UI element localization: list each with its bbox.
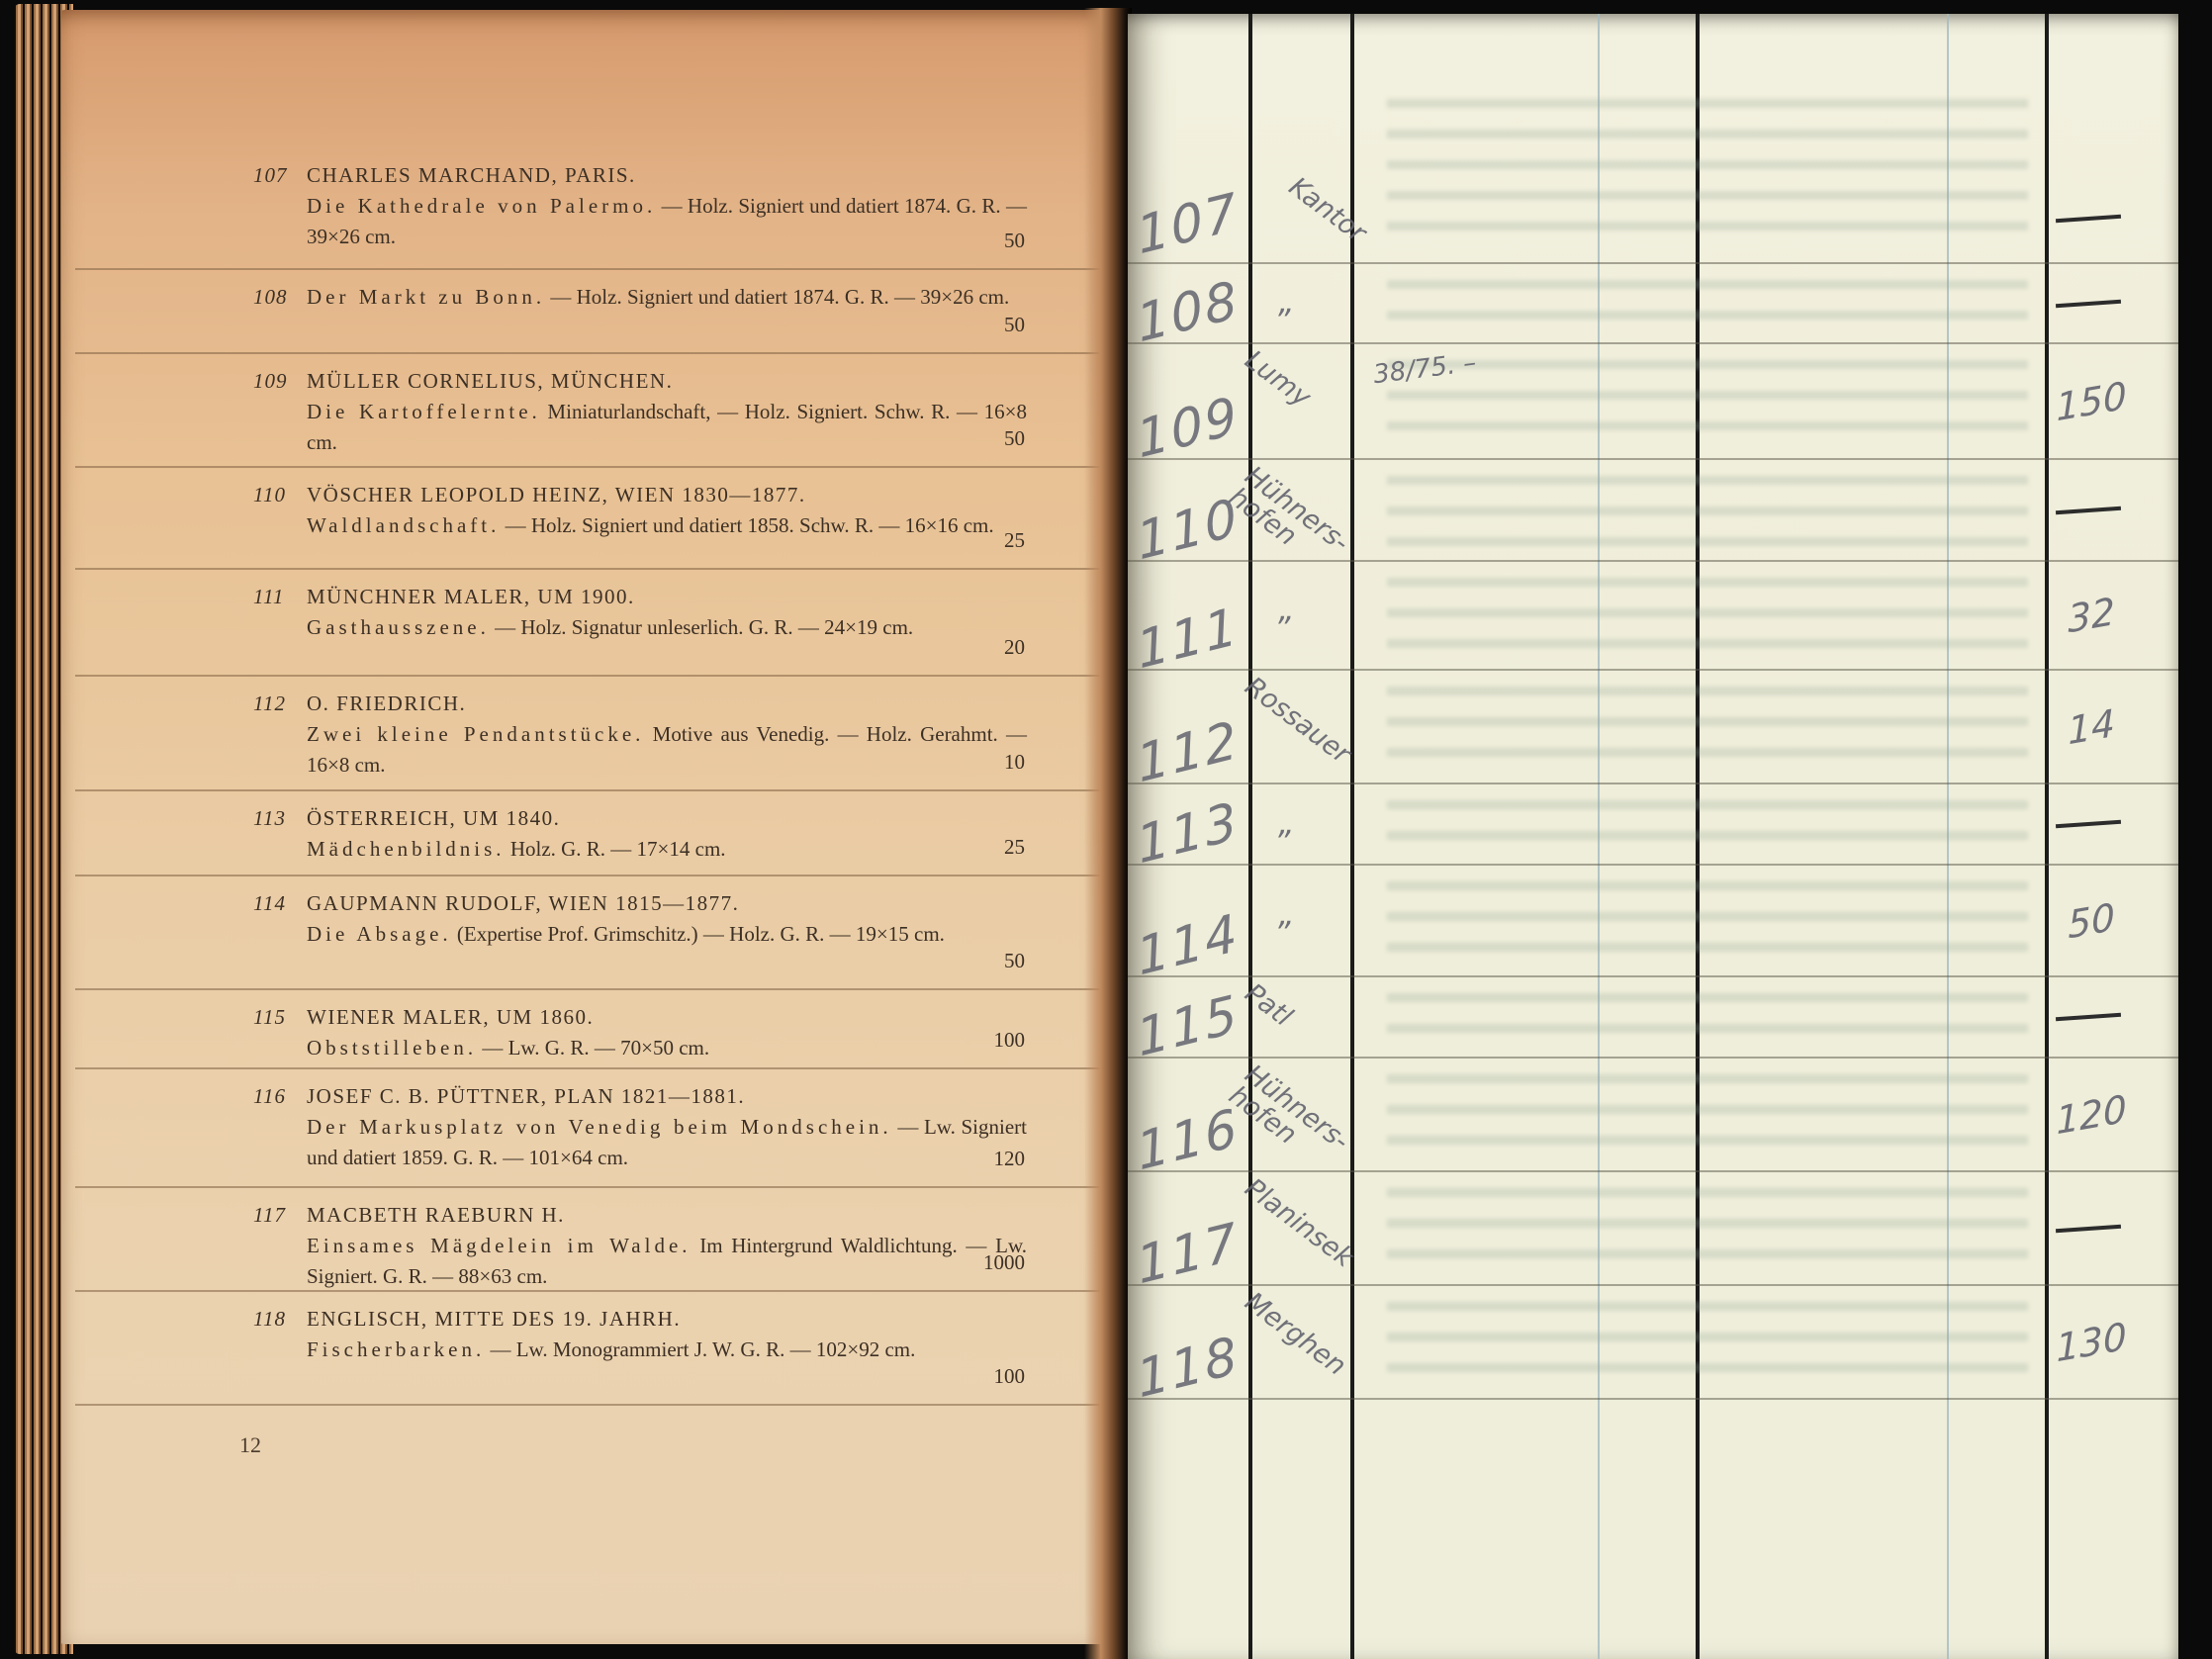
entry-body: Die Absage. (Expertise Prof. Grimschitz.…: [307, 919, 1027, 950]
entry-number: 109: [253, 366, 288, 397]
ledger-amount-dash: [2056, 1013, 2121, 1022]
catalog-entry: 116 JOSEF C. B. PÜTTNER, PLAN 1821—1881.…: [75, 1069, 1100, 1188]
entry-title: Der Markusplatz von Venedig beim Mondsch…: [307, 1115, 892, 1139]
page-number: 12: [239, 1432, 261, 1458]
entry-body: Der Markt zu Bonn. — Holz. Signiert und …: [307, 282, 1027, 313]
ledger-amount-dash: [2056, 299, 2121, 308]
bleedthrough-text: [1387, 1302, 2028, 1384]
bleedthrough-text: [1387, 578, 2028, 655]
ledger-row: 110 Hühners- hofen: [1128, 460, 2178, 562]
ledger-lot-number: 111: [1134, 594, 1257, 682]
ledger-lot-number: 118: [1134, 1323, 1257, 1411]
ledger-lot-number: 112: [1134, 707, 1257, 795]
entry-header: VÖSCHER LEOPOLD HEINZ, WIEN 1830—1877.: [307, 480, 1027, 510]
bleedthrough-text: [1387, 1074, 2028, 1156]
ledger-row: 117 Planinsek: [1128, 1172, 2178, 1286]
ledger-amount-dash: [2056, 506, 2121, 514]
entry-number: 115: [253, 1002, 286, 1033]
ledger-amount: 130: [2034, 1310, 2149, 1374]
ledger-ditto-mark: „: [1278, 597, 1295, 623]
ledger-row: 114 „ 50: [1128, 866, 2178, 977]
ledger-row: 112 Rossauer 14: [1128, 671, 2178, 784]
entry-description: — Lw. G. R. — 70×50 cm.: [477, 1036, 709, 1060]
entry-number: 116: [253, 1081, 286, 1112]
entry-header: ENGLISCH, MITTE DES 19. JAHRH.: [307, 1304, 1027, 1335]
ledger-row: 115 Patl: [1128, 977, 2178, 1059]
ledger-amount-dash: [2056, 215, 2121, 224]
entry-number: 107: [253, 160, 288, 191]
entry-header: MÜLLER CORNELIUS, MÜNCHEN.: [307, 366, 1027, 397]
entry-body: Fischerbarken. — Lw. Monogrammiert J. W.…: [307, 1335, 1027, 1365]
entry-header: WIENER MALER, UM 1860.: [307, 1002, 1027, 1033]
ledger-row: 107 Kantor: [1128, 14, 2178, 264]
entry-number: 110: [253, 480, 286, 510]
ledger-lot-number: 114: [1134, 900, 1257, 988]
bleedthrough-text: [1387, 1188, 2028, 1270]
bleedthrough-text: [1387, 280, 2028, 328]
catalog-entry: 111 MÜNCHNER MALER, UM 1900. Gasthaussze…: [75, 570, 1100, 677]
bleedthrough-text: [1387, 993, 2028, 1043]
entry-body: Einsames Mägdelein im Walde. Im Hintergr…: [307, 1231, 1027, 1292]
entry-price: 10: [1004, 747, 1025, 778]
catalog-page: 107 CHARLES MARCHAND, PARIS. Die Kathedr…: [61, 10, 1116, 1644]
ledger-ditto-mark: „: [1278, 901, 1295, 928]
ledger-buyer-name: Merghen: [1241, 1288, 1367, 1393]
entry-number: 111: [253, 582, 284, 612]
bleedthrough-text: [1387, 476, 2028, 546]
entry-body: Der Markusplatz von Venedig beim Mondsch…: [307, 1112, 1027, 1173]
entry-header: GAUPMANN RUDOLF, WIEN 1815—1877.: [307, 888, 1027, 919]
ledger-lot-number: 115: [1134, 981, 1257, 1069]
catalog-entry: 107 CHARLES MARCHAND, PARIS. Die Kathedr…: [75, 148, 1100, 270]
entry-number: 108: [253, 282, 288, 313]
ledger-page: 107 Kantor 108 „ 109 Lumy 38/75. – 150 1…: [1128, 14, 2178, 1659]
catalog-entry: 114 GAUPMANN RUDOLF, WIEN 1815—1877. Die…: [75, 876, 1100, 990]
catalog-entry: 108 Der Markt zu Bonn. — Holz. Signiert …: [75, 270, 1100, 354]
ledger-amount: 14: [2034, 694, 2149, 759]
entry-title: Obststilleben.: [307, 1036, 477, 1060]
entry-number: 117: [253, 1200, 286, 1231]
entry-body: Die Kartoffelernte. Miniaturlandschaft, …: [307, 397, 1027, 458]
entry-header: JOSEF C. B. PÜTTNER, PLAN 1821—1881.: [307, 1081, 1027, 1112]
entry-body: Gasthausszene. — Holz. Signatur unleserl…: [307, 612, 1027, 643]
ledger-amount: 150: [2034, 369, 2149, 433]
entry-price: 50: [1004, 310, 1025, 340]
entry-body: Waldlandschaft. — Holz. Signiert und dat…: [307, 510, 1027, 541]
ledger-lot-number: 107: [1134, 179, 1257, 267]
catalog-entry: 109 MÜLLER CORNELIUS, MÜNCHEN. Die Karto…: [75, 354, 1100, 468]
entry-header: MACBETH RAEBURN H.: [307, 1200, 1027, 1231]
ledger-ditto-mark: „: [1278, 810, 1295, 837]
ledger-amount: 50: [2034, 888, 2149, 953]
entry-price: 1000: [983, 1247, 1025, 1278]
entry-title: Fischerbarken.: [307, 1337, 485, 1361]
ledger-lot-number: 117: [1134, 1209, 1257, 1297]
catalog-entries: 107 CHARLES MARCHAND, PARIS. Die Kathedr…: [75, 148, 1100, 1406]
bleedthrough-text: [1387, 99, 2028, 248]
ledger-row: 109 Lumy 38/75. – 150: [1128, 344, 2178, 460]
ledger-amount: 32: [2034, 584, 2149, 648]
ledger-row: 116 Hühners- hofen 120: [1128, 1059, 2178, 1172]
ledger-row: 108 „: [1128, 264, 2178, 344]
ledger-amount-dash: [2056, 820, 2121, 829]
entry-price: 50: [1004, 946, 1025, 976]
entry-title: Mädchenbildnis.: [307, 837, 506, 861]
entry-header: CHARLES MARCHAND, PARIS.: [307, 160, 1027, 191]
entry-price: 25: [1004, 525, 1025, 556]
ledger-amount: 120: [2034, 1082, 2149, 1147]
entry-description: — Lw. Monogrammiert J. W. G. R. — 102×92…: [485, 1337, 915, 1361]
entry-body: Die Kathedrale von Palermo. — Holz. Sign…: [307, 191, 1027, 252]
entry-number: 113: [253, 803, 286, 834]
ledger-row: 111 „ 32: [1128, 562, 2178, 671]
entry-number: 118: [253, 1304, 286, 1335]
entry-title: Die Absage.: [307, 922, 452, 946]
entry-title: Zwei kleine Pendantstücke.: [307, 722, 644, 746]
entry-description: — Holz. Signatur unleserlich. G. R. — 24…: [490, 615, 913, 639]
catalog-entry: 117 MACBETH RAEBURN H. Einsames Mägdelei…: [75, 1188, 1100, 1292]
entry-header: O. FRIEDRICH.: [307, 689, 1027, 719]
ledger-lot-number: 109: [1134, 383, 1257, 471]
ledger-lot-number: 113: [1134, 788, 1257, 876]
entry-body: Zwei kleine Pendantstücke. Motive aus Ve…: [307, 719, 1027, 781]
entry-number: 114: [253, 888, 286, 919]
book-scan: 107 CHARLES MARCHAND, PARIS. Die Kathedr…: [0, 0, 2212, 1659]
entry-header: MÜNCHNER MALER, UM 1900.: [307, 582, 1027, 612]
entry-price: 20: [1004, 632, 1025, 663]
entry-price: 50: [1004, 423, 1025, 454]
ledger-buyer-name: Planinsek: [1241, 1174, 1367, 1279]
catalog-entry: 112 O. FRIEDRICH. Zwei kleine Pendantstü…: [75, 677, 1100, 791]
catalog-entry: 115 WIENER MALER, UM 1860. Obststilleben…: [75, 990, 1100, 1069]
entry-description: — Holz. Signiert und datiert 1858. Schw.…: [500, 513, 993, 537]
ledger-buyer-name: Rossauer: [1241, 673, 1367, 778]
entry-title: Die Kathedrale von Palermo.: [307, 194, 656, 218]
entry-price: 120: [994, 1144, 1026, 1174]
entry-title: Waldlandschaft.: [307, 513, 500, 537]
entry-price: 25: [1004, 832, 1025, 863]
entry-title: Die Kartoffelernte.: [307, 400, 541, 423]
entry-description: (Expertise Prof. Grimschitz.) — Holz. G.…: [452, 922, 945, 946]
bleedthrough-text: [1387, 687, 2028, 769]
entry-description: — Holz. Signiert und datiert 1874. G. R.…: [545, 285, 1009, 309]
bleedthrough-text: [1387, 360, 2028, 444]
entry-price: 100: [994, 1361, 1026, 1392]
gutter-shadow: [1084, 8, 1132, 1659]
ledger-row: 113 „: [1128, 784, 2178, 866]
ledger-rows: 107 Kantor 108 „ 109 Lumy 38/75. – 150 1…: [1128, 14, 2178, 1400]
catalog-entry: 113 ÖSTERREICH, UM 1840. Mädchenbildnis.…: [75, 791, 1100, 876]
entry-price: 50: [1004, 226, 1025, 256]
catalog-entry: 118 ENGLISCH, MITTE DES 19. JAHRH. Fisch…: [75, 1292, 1100, 1406]
entry-body: Mädchenbildnis. Holz. G. R. — 17×14 cm.: [307, 834, 1027, 865]
ledger-row: 118 Merghen 130: [1128, 1286, 2178, 1400]
entry-body: Obststilleben. — Lw. G. R. — 70×50 cm.: [307, 1033, 1027, 1063]
entry-price: 100: [994, 1025, 1026, 1056]
ledger-buyer-name: Lumy: [1241, 346, 1367, 451]
ledger-lot-number: 108: [1134, 267, 1257, 355]
entry-header: ÖSTERREICH, UM 1840.: [307, 803, 1027, 834]
bleedthrough-text: [1387, 881, 2028, 962]
entry-title: Der Markt zu Bonn.: [307, 285, 545, 309]
entry-number: 112: [253, 689, 286, 719]
bleedthrough-text: [1387, 800, 2028, 850]
entry-title: Einsames Mägdelein im Walde.: [307, 1234, 691, 1257]
entry-title: Gasthausszene.: [307, 615, 490, 639]
entry-description: Holz. G. R. — 17×14 cm.: [506, 837, 726, 861]
catalog-entry: 110 VÖSCHER LEOPOLD HEINZ, WIEN 1830—187…: [75, 468, 1100, 570]
ledger-amount-dash: [2056, 1224, 2121, 1233]
ledger-ditto-mark: „: [1278, 289, 1295, 316]
